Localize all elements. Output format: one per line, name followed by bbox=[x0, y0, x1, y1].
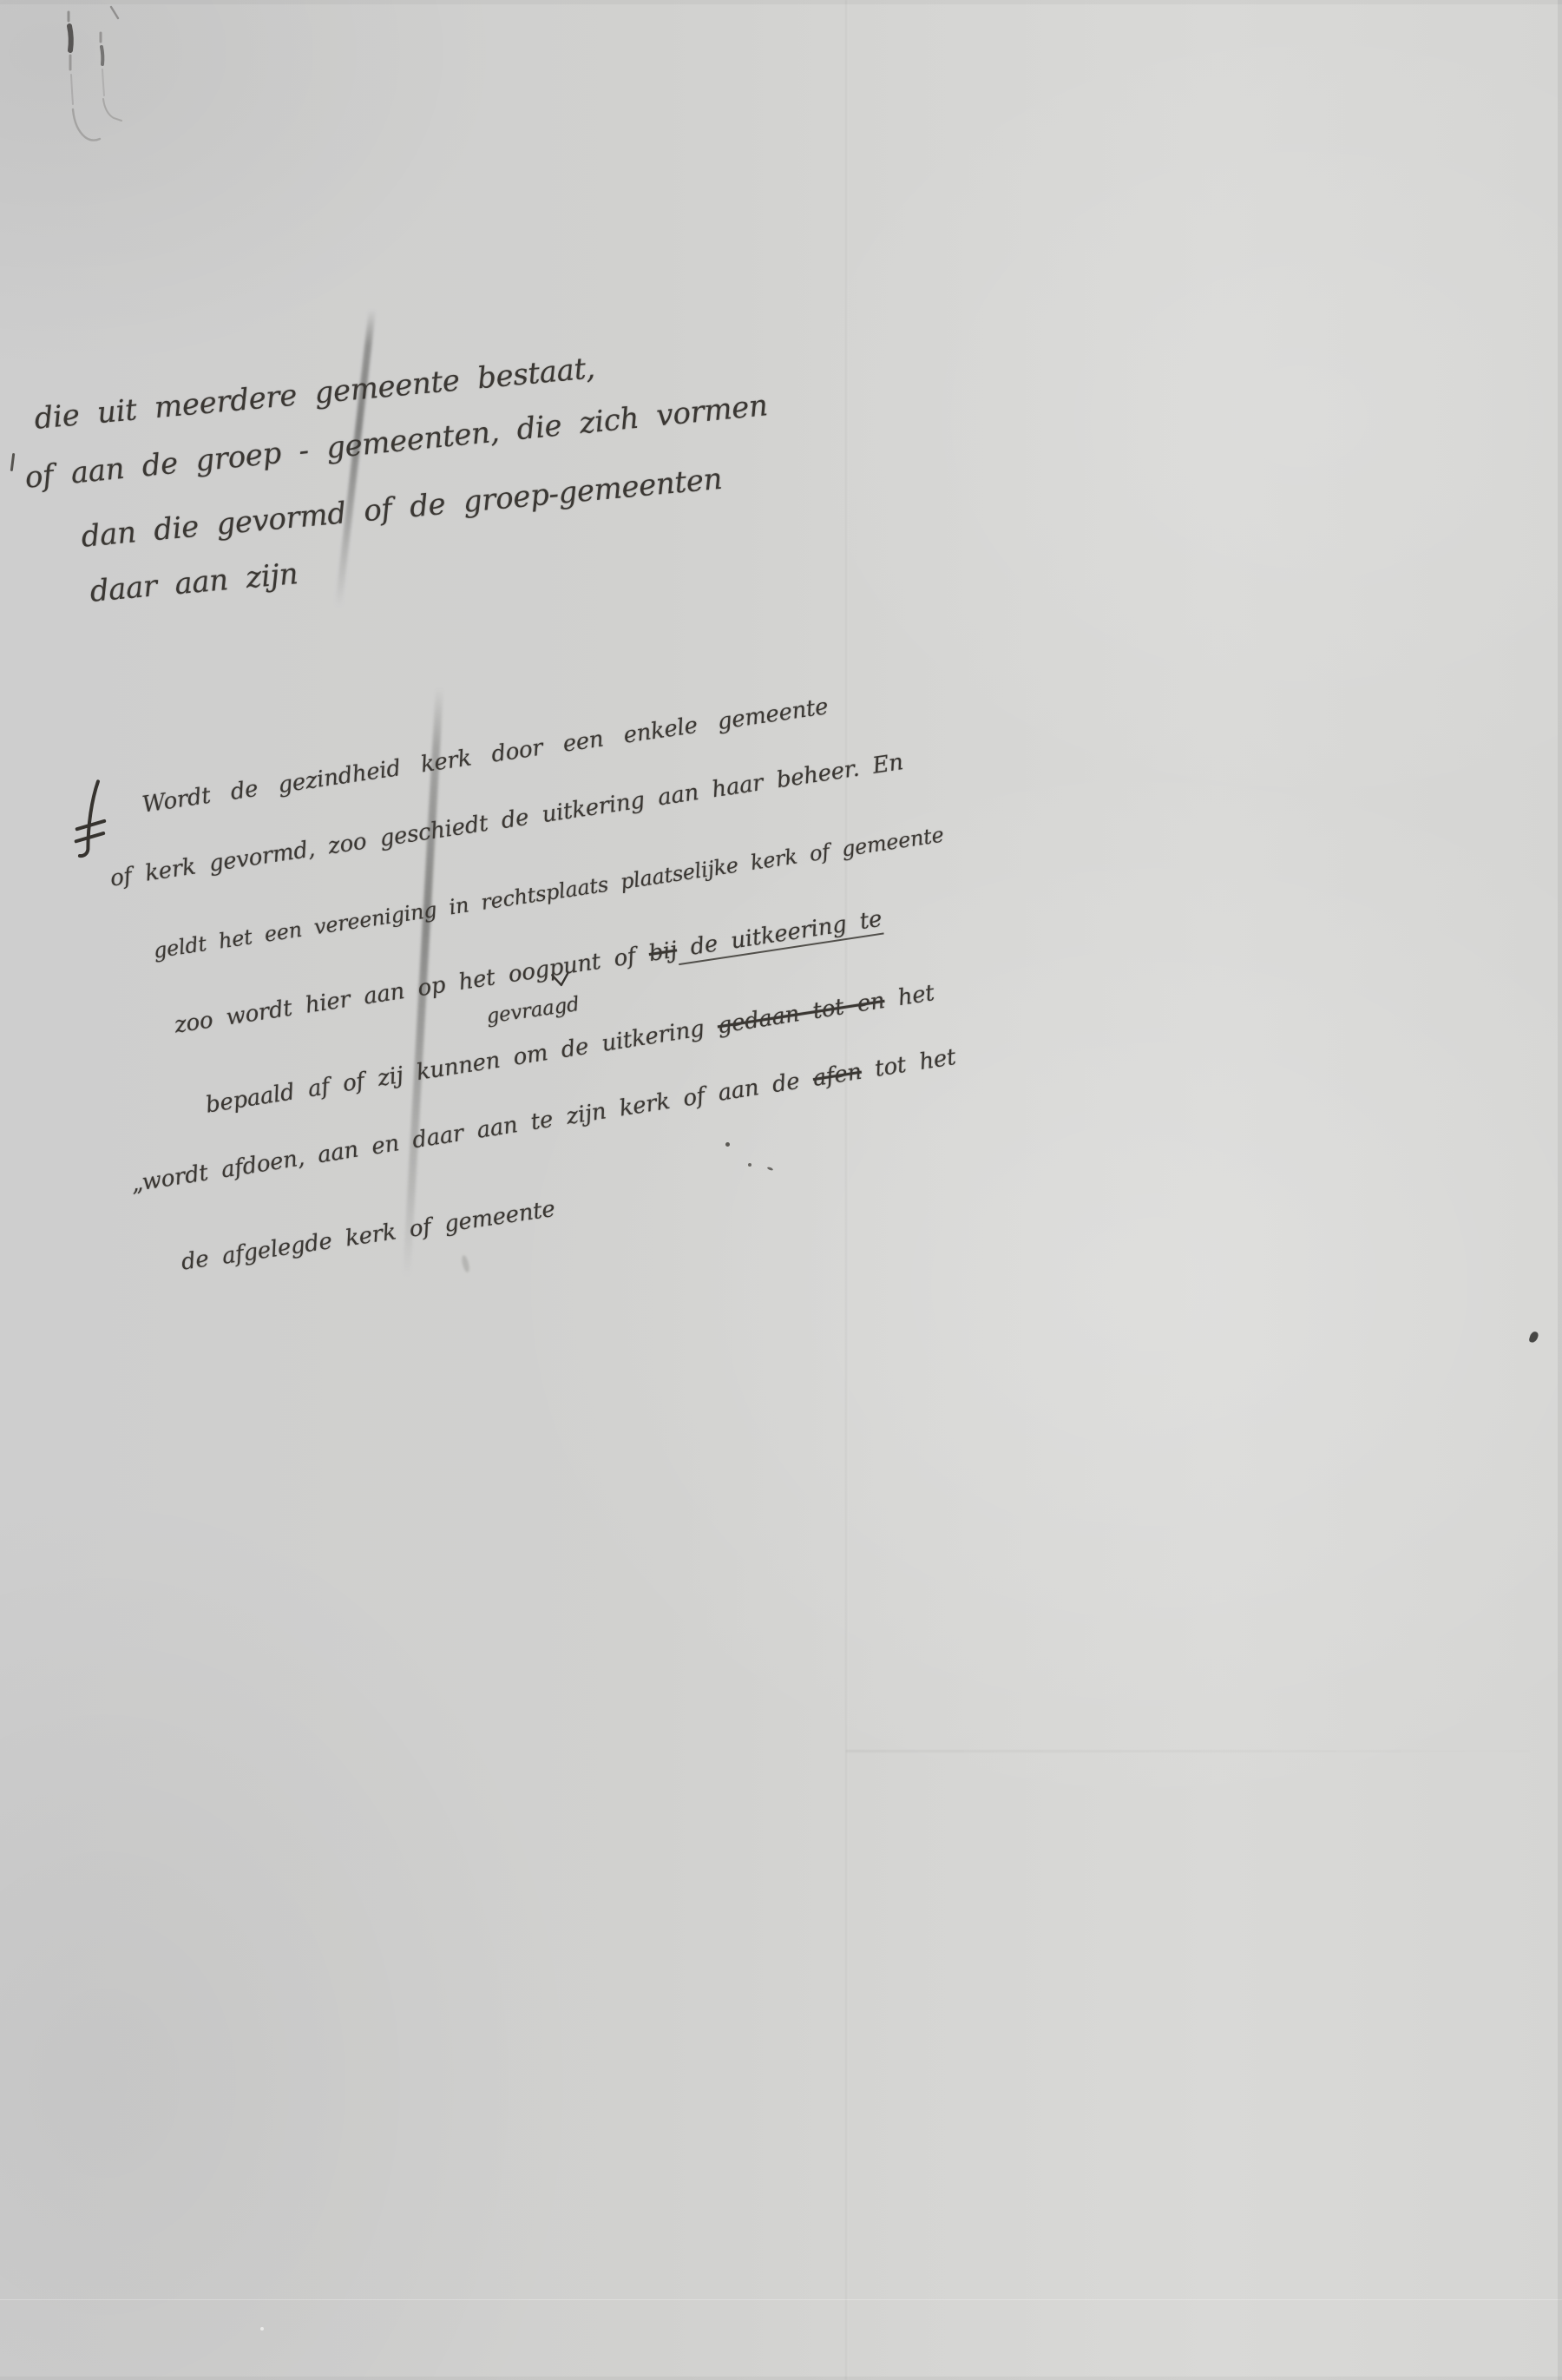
paper-fleck bbox=[260, 2327, 264, 2331]
inserted-word: gevraagd bbox=[485, 993, 581, 1029]
handwriting-line: daar aan zijn bbox=[89, 556, 299, 609]
handwriting-segment: het bbox=[883, 980, 936, 1013]
margin-tick-mark bbox=[10, 453, 16, 471]
ink-transfer-marks bbox=[50, 5, 146, 170]
handwriting-line: de afgelegde kerk of gemeente bbox=[180, 1196, 557, 1276]
ink-dot bbox=[767, 1167, 774, 1171]
struck-words: gedaan tot en bbox=[716, 988, 887, 1039]
horizontal-scratch bbox=[0, 2299, 1562, 2300]
ink-dot bbox=[725, 1142, 730, 1147]
handwriting-line-with-correction: „wordt afdoen, aan en daar aan te zijn k… bbox=[129, 1044, 957, 1198]
scan-edge-right bbox=[1558, 0, 1562, 2380]
paragraph-bracket-mark bbox=[69, 779, 114, 861]
struck-word: afen bbox=[811, 1059, 863, 1092]
fold-crease-line bbox=[845, 0, 849, 2380]
insertion-caret-icon bbox=[551, 972, 570, 989]
ink-dot bbox=[748, 1163, 751, 1167]
manuscript-page: die uit meerdere gemeente bestaat, of aa… bbox=[0, 0, 1562, 2380]
handwriting-segment: tot het bbox=[859, 1044, 957, 1084]
handwriting-segment: „wordt afdoen, aan en daar aan te zijn k… bbox=[129, 1066, 815, 1197]
underlined-correction: de uitkeering te bbox=[675, 906, 884, 965]
struck-word: bij bbox=[647, 937, 679, 967]
scan-edge-top bbox=[0, 0, 1562, 4]
ink-speck bbox=[1528, 1331, 1539, 1344]
pencil-streak-hook bbox=[461, 1254, 471, 1272]
handwriting-line: of kerk gevormd, zoo geschiedt de uitker… bbox=[108, 749, 905, 892]
scan-edge-bottom bbox=[0, 2377, 1562, 2380]
handwriting-segment: zoo wordt hier aan op het oogpunt of bbox=[173, 941, 651, 1038]
horizontal-crease bbox=[846, 1750, 1562, 1752]
